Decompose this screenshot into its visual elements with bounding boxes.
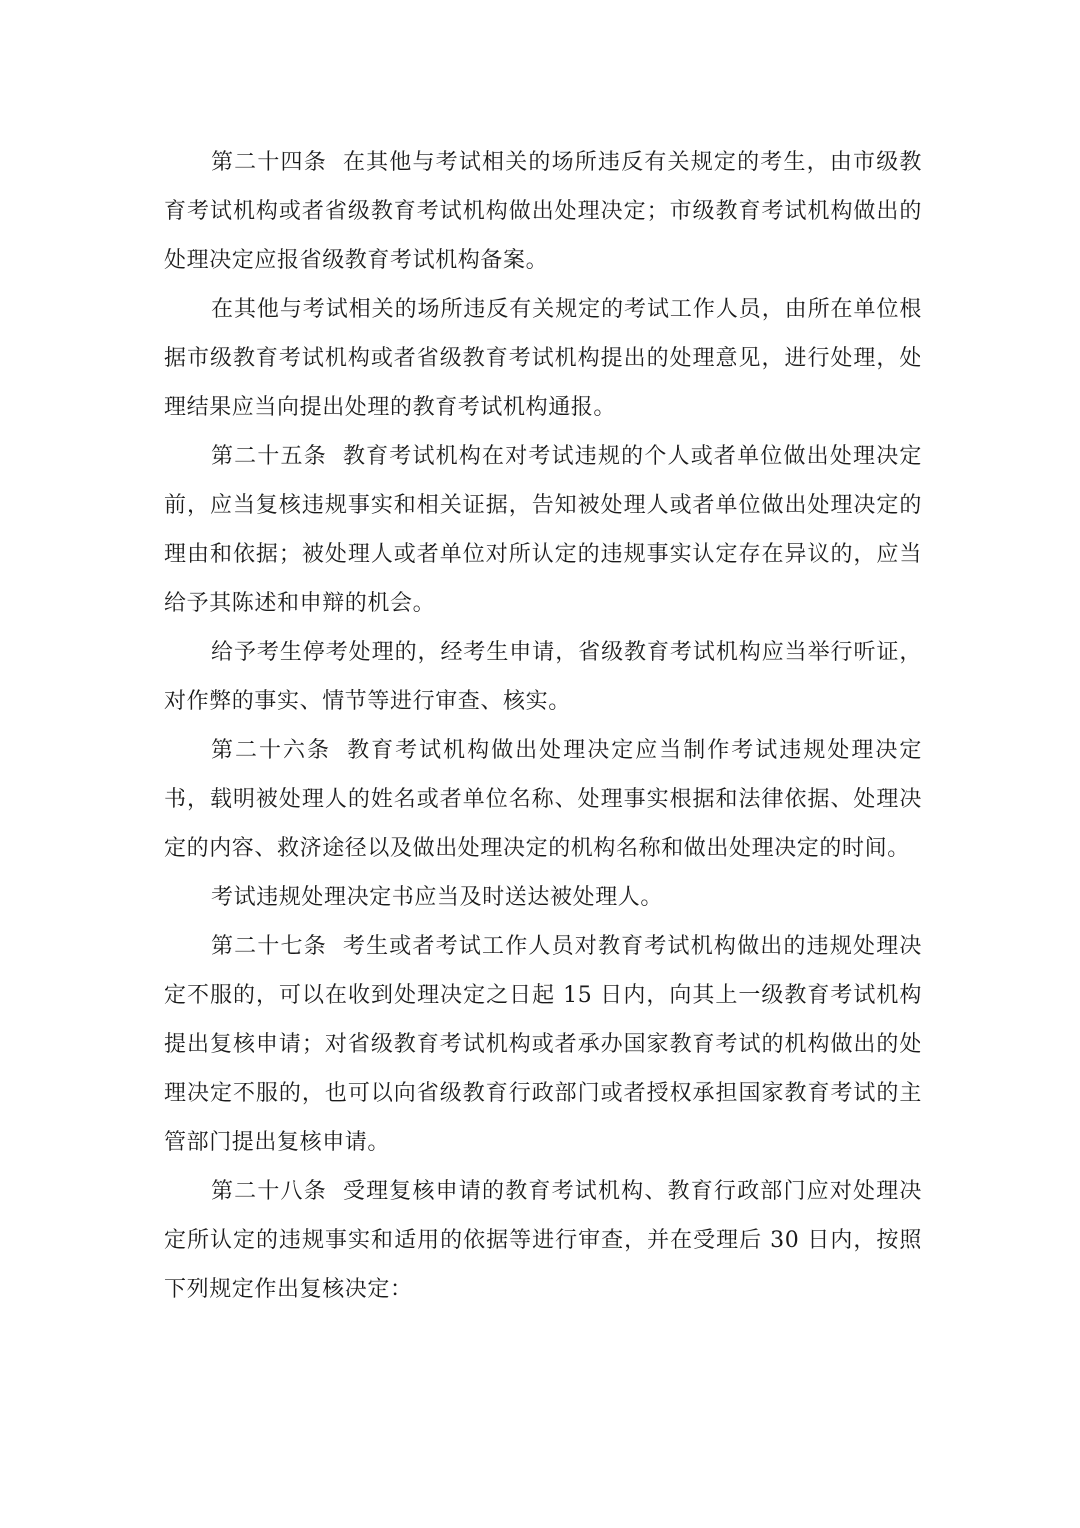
paragraph-article-26-delivery: 考试违规处理决定书应当及时送达被处理人。 <box>164 873 922 922</box>
paragraph-text: 在其他与考试相关的场所违反有关规定的考试工作人员，由所在单位根据市级教育考试机构… <box>164 297 922 420</box>
article-number: 第二十四条 <box>211 150 327 175</box>
article-number: 第二十六条 <box>211 738 331 763</box>
paragraph-text: 给予考生停考处理的，经考生申请，省级教育考试机构应当举行听证，对作弊的事实、情节… <box>164 640 922 714</box>
paragraph-text: 教育考试机构在对考试违规的个人或者单位做出处理决定前，应当复核违规事实和相关证据… <box>164 444 922 616</box>
article-number: 第二十五条 <box>211 444 327 469</box>
paragraph-article-24-staff: 在其他与考试相关的场所违反有关规定的考试工作人员，由所在单位根据市级教育考试机构… <box>164 285 922 432</box>
article-number: 第二十七条 <box>211 934 327 959</box>
article-number: 第二十八条 <box>211 1179 327 1204</box>
paragraph-article-26: 第二十六条教育考试机构做出处理决定应当制作考试违规处理决定书，载明被处理人的姓名… <box>164 726 922 873</box>
paragraph-article-25: 第二十五条教育考试机构在对考试违规的个人或者单位做出处理决定前，应当复核违规事实… <box>164 432 922 628</box>
paragraph-article-28: 第二十八条受理复核申请的教育考试机构、教育行政部门应对处理决定所认定的违规事实和… <box>164 1167 922 1314</box>
document-page: 第二十四条在其他与考试相关的场所违反有关规定的考生，由市级教育考试机构或者省级教… <box>164 138 922 1314</box>
paragraph-text: 考试违规处理决定书应当及时送达被处理人。 <box>211 885 663 910</box>
paragraph-text: 考生或者考试工作人员对教育考试机构做出的违规处理决定不服的，可以在收到处理决定之… <box>164 934 922 1155</box>
paragraph-article-24: 第二十四条在其他与考试相关的场所违反有关规定的考生，由市级教育考试机构或者省级教… <box>164 138 922 285</box>
paragraph-article-27: 第二十七条考生或者考试工作人员对教育考试机构做出的违规处理决定不服的，可以在收到… <box>164 922 922 1167</box>
paragraph-article-25-hearing: 给予考生停考处理的，经考生申请，省级教育考试机构应当举行听证，对作弊的事实、情节… <box>164 628 922 726</box>
